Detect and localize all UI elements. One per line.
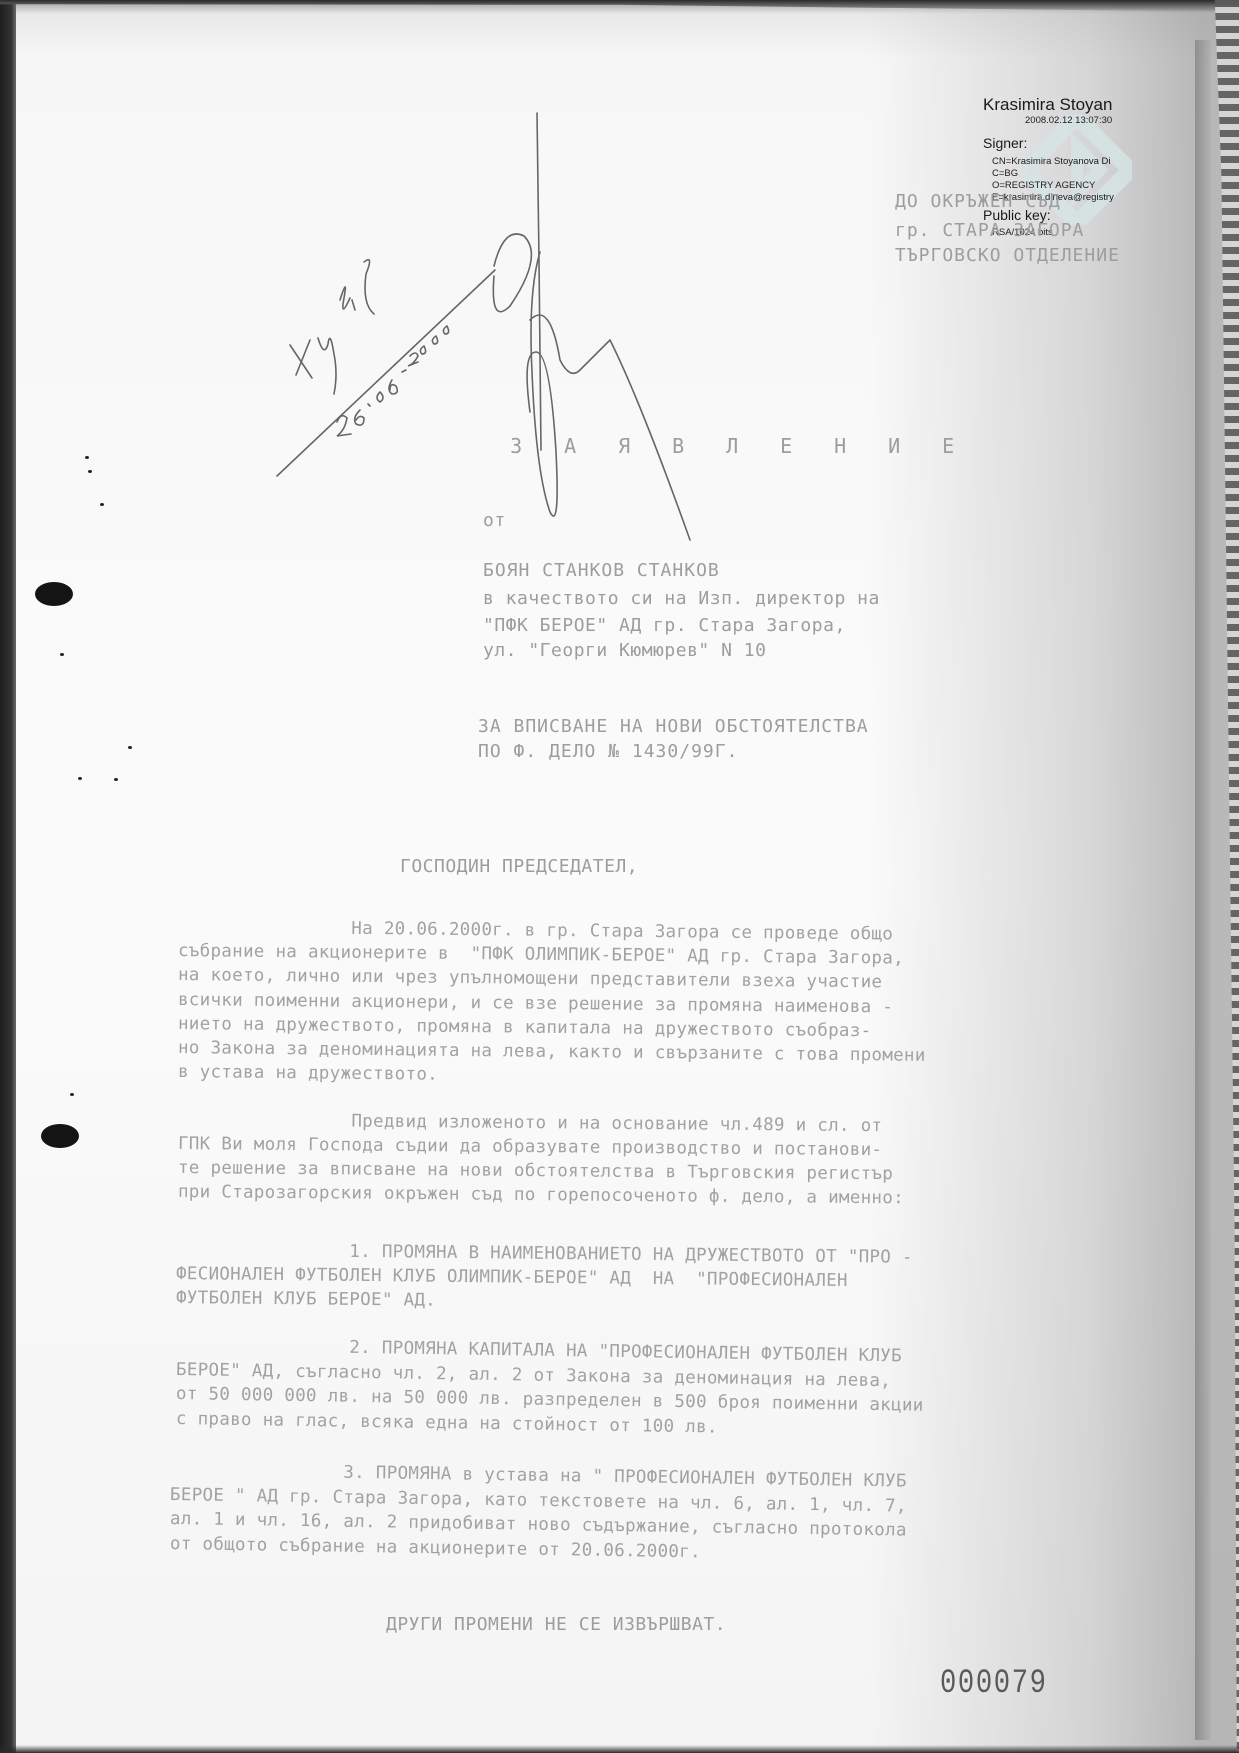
- speck: [60, 653, 64, 656]
- salutation: ГОСПОДИН ПРЕДСЕДАТЕЛ,: [400, 858, 638, 876]
- title-letter: Е: [942, 436, 996, 456]
- speck: [128, 746, 132, 749]
- punch-hole-top: [35, 582, 73, 606]
- title-letter: Я: [618, 436, 672, 456]
- page-right-shadow: [1195, 40, 1211, 1740]
- addressee-line-1: ДО ОКРЪЖЕН СЪД: [895, 193, 1061, 211]
- speck: [70, 1093, 74, 1096]
- subject-line-2: ПО Ф. ДЕЛО № 1430/99Г.: [478, 743, 738, 761]
- document-title: ЗАЯВЛЕНИЕ: [485, 416, 996, 456]
- closing-statement: ДРУГИ ПРОМЕНИ НЕ СЕ ИЗВЪРШВАТ.: [386, 1616, 726, 1634]
- speck: [88, 470, 92, 473]
- scanner-bottom-edge: [0, 1745, 1239, 1753]
- scanner-left-edge: [0, 0, 16, 1753]
- speck: [78, 777, 82, 780]
- paragraph1-line: в устава на дружеството.: [178, 1062, 438, 1085]
- subject-line-1: ЗА ВПИСВАНЕ НА НОВИ ОБСТОЯТЕЛСТВА: [478, 718, 869, 736]
- speck: [85, 456, 89, 459]
- signer-country: C=BG: [992, 168, 1018, 179]
- title-letter: Л: [726, 436, 780, 456]
- addressee-line-2: гр. СТАРА ЗАГОРА: [895, 222, 1084, 240]
- item1-line: ФУТБОЛЕН КЛУБ БЕРОЕ" АД.: [176, 1288, 436, 1311]
- speck: [114, 778, 118, 781]
- signer-cn: CN=Krasimira Stoyanova Di: [992, 156, 1111, 167]
- from-label: от: [483, 512, 506, 530]
- punch-hole-bottom: [41, 1124, 79, 1148]
- signer-label: Signer:: [983, 135, 1027, 151]
- title-letter: З: [510, 436, 564, 456]
- title-letter: Е: [780, 436, 834, 456]
- applicant-address: ул. "Георги Кюмюрев" N 10: [483, 642, 766, 660]
- applicant-company: "ПФК БЕРОЕ" АД гр. Стара Загора,: [483, 617, 846, 635]
- applicant-name: БОЯН СТАНКОВ СТАНКОВ: [483, 562, 720, 580]
- title-letter: А: [564, 436, 618, 456]
- title-letter: И: [888, 436, 942, 456]
- addressee-line-3: ТЪРГОВСКО ОТДЕЛЕНИЕ: [895, 247, 1120, 265]
- page-stamp-number: 000079: [940, 1665, 1048, 1703]
- signer-name: Krasimira Stoyan: [983, 95, 1112, 115]
- title-letter: Н: [834, 436, 888, 456]
- speck: [100, 503, 104, 506]
- title-letter: В: [672, 436, 726, 456]
- applicant-position: в качеството си на Изп. директор на: [483, 590, 880, 608]
- signer-organization: O=REGISTRY AGENCY: [992, 180, 1095, 191]
- signature-timestamp: 2008.02.12 13:07:30: [1025, 115, 1112, 126]
